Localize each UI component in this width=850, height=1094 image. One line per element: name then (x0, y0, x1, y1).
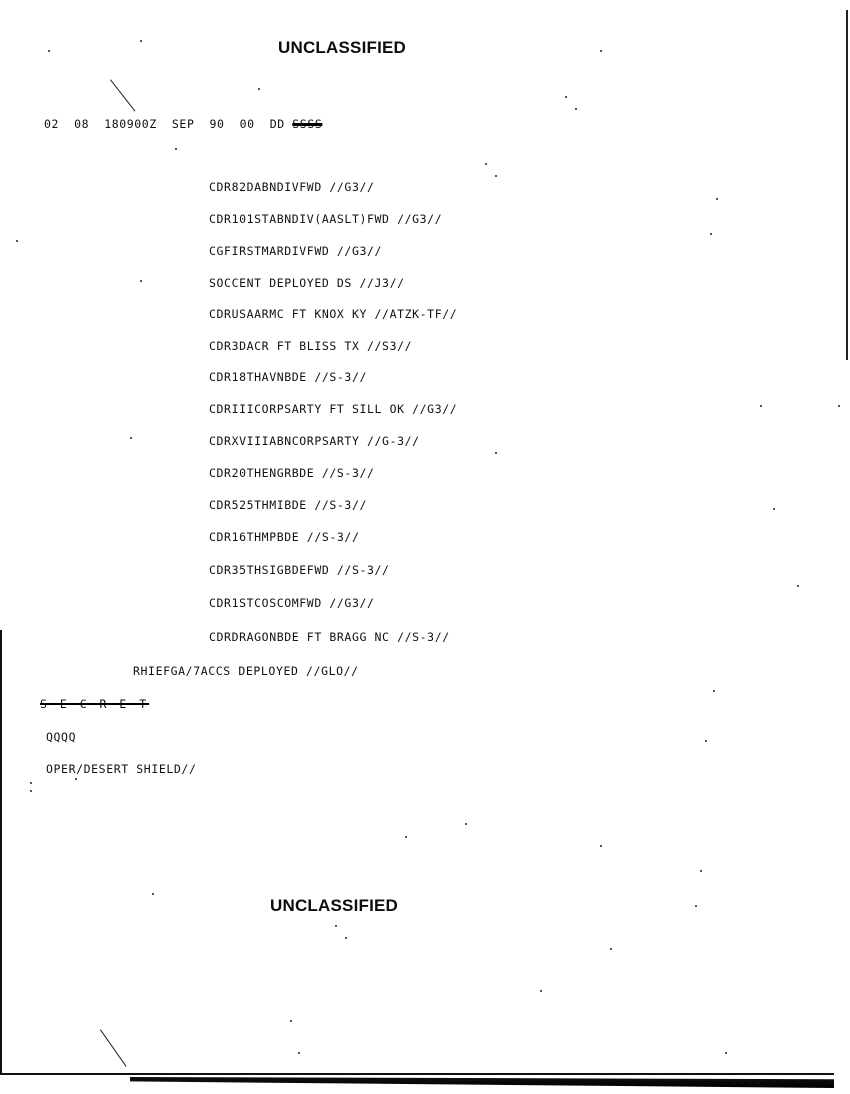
message-body-line: OPER/DESERT SHIELD// (46, 762, 196, 776)
scan-speck (335, 925, 337, 927)
scan-speck (575, 108, 577, 110)
page-edge-shadow (0, 630, 2, 1075)
addressee-line: CDRUSAARMC FT KNOX KY //ATZK-TF// (209, 307, 457, 321)
addressee-line: CGFIRSTMARDIVFWD //G3// (209, 244, 382, 258)
scan-speck (600, 50, 602, 52)
addressee-line: CDR1STCOSCOMFWD //G3// (209, 596, 375, 610)
scan-speck (705, 740, 707, 742)
addressee-line: CDRXVIIIABNCORPSARTY //G-3// (209, 434, 420, 448)
scan-speck (465, 823, 467, 825)
addressee-line: CDRIIICORPSARTY FT SILL OK //G3// (209, 402, 457, 416)
scan-speck (565, 96, 567, 98)
addressee-line: CDR101STABNDIV(AASLT)FWD //G3// (209, 212, 442, 226)
addressee-line: CDR525THMIBDE //S-3// (209, 498, 367, 512)
addressee-line: CDR16THMPBDE //S-3// (209, 530, 359, 544)
pen-stroke-mark (110, 79, 135, 111)
addressee-line: CDR20THENGRBDE //S-3// (209, 466, 375, 480)
scan-speck (495, 175, 497, 177)
scan-speck (700, 870, 702, 872)
scan-speck (130, 437, 132, 439)
scan-speck (290, 1020, 292, 1022)
message-header-dtg: 02 08 180900Z SEP 90 00 DD SSSS (44, 117, 322, 131)
redacted-precedence: SSSS (292, 117, 322, 131)
scan-speck (48, 50, 50, 52)
struck-classification-mark: S E C R E T (40, 697, 149, 711)
addressee-line: CDR35THSIGBDEFWD //S-3// (209, 563, 390, 577)
addressee-line: CDR3DACR FT BLISS TX //S3// (209, 339, 412, 353)
addressee-line: CDR18THAVNBDE //S-3// (209, 370, 367, 384)
message-body-line: QQQQ (46, 730, 76, 744)
scan-speck (140, 40, 142, 42)
info-addressee: RHIEFGA/7ACCS DEPLOYED //GLO// (133, 664, 359, 678)
scan-speck (485, 163, 487, 165)
addressee-line: CDR82DABNDIVFWD //G3// (209, 180, 375, 194)
scan-speck (495, 452, 497, 454)
scan-speck (405, 836, 407, 838)
scan-speck (140, 280, 142, 282)
scan-speck (838, 405, 840, 407)
scanned-message-page: UNCLASSIFIED 02 08 180900Z SEP 90 00 DD … (0, 0, 850, 1094)
addressee-line: SOCCENT DEPLOYED DS //J3// (209, 276, 405, 290)
scan-speck (30, 790, 32, 792)
scan-bottom-shadow (130, 1077, 834, 1088)
scan-speck (600, 845, 602, 847)
scan-speck (30, 782, 32, 784)
pen-stroke-mark (100, 1029, 127, 1066)
scan-speck (152, 893, 154, 895)
scan-speck (725, 1052, 727, 1054)
scan-speck (716, 198, 718, 200)
scan-speck (540, 990, 542, 992)
scan-speck (773, 508, 775, 510)
scan-speck (298, 1052, 300, 1054)
scan-speck (695, 905, 697, 907)
scan-speck (75, 778, 77, 780)
addressee-line: CDRDRAGONBDE FT BRAGG NC //S-3// (209, 630, 450, 644)
page-edge-shadow (846, 10, 848, 360)
scan-speck (16, 240, 18, 242)
classification-banner-bottom: UNCLASSIFIED (270, 896, 398, 916)
page-bottom-edge (0, 1073, 834, 1075)
scan-speck (710, 233, 712, 235)
dtg-text: 02 08 180900Z SEP 90 00 DD (44, 117, 292, 131)
scan-speck (797, 585, 799, 587)
scan-speck (760, 405, 762, 407)
scan-speck (610, 948, 612, 950)
scan-speck (258, 88, 260, 90)
scan-speck (345, 937, 347, 939)
classification-banner-top: UNCLASSIFIED (278, 38, 406, 58)
scan-speck (713, 690, 715, 692)
scan-speck (175, 148, 177, 150)
